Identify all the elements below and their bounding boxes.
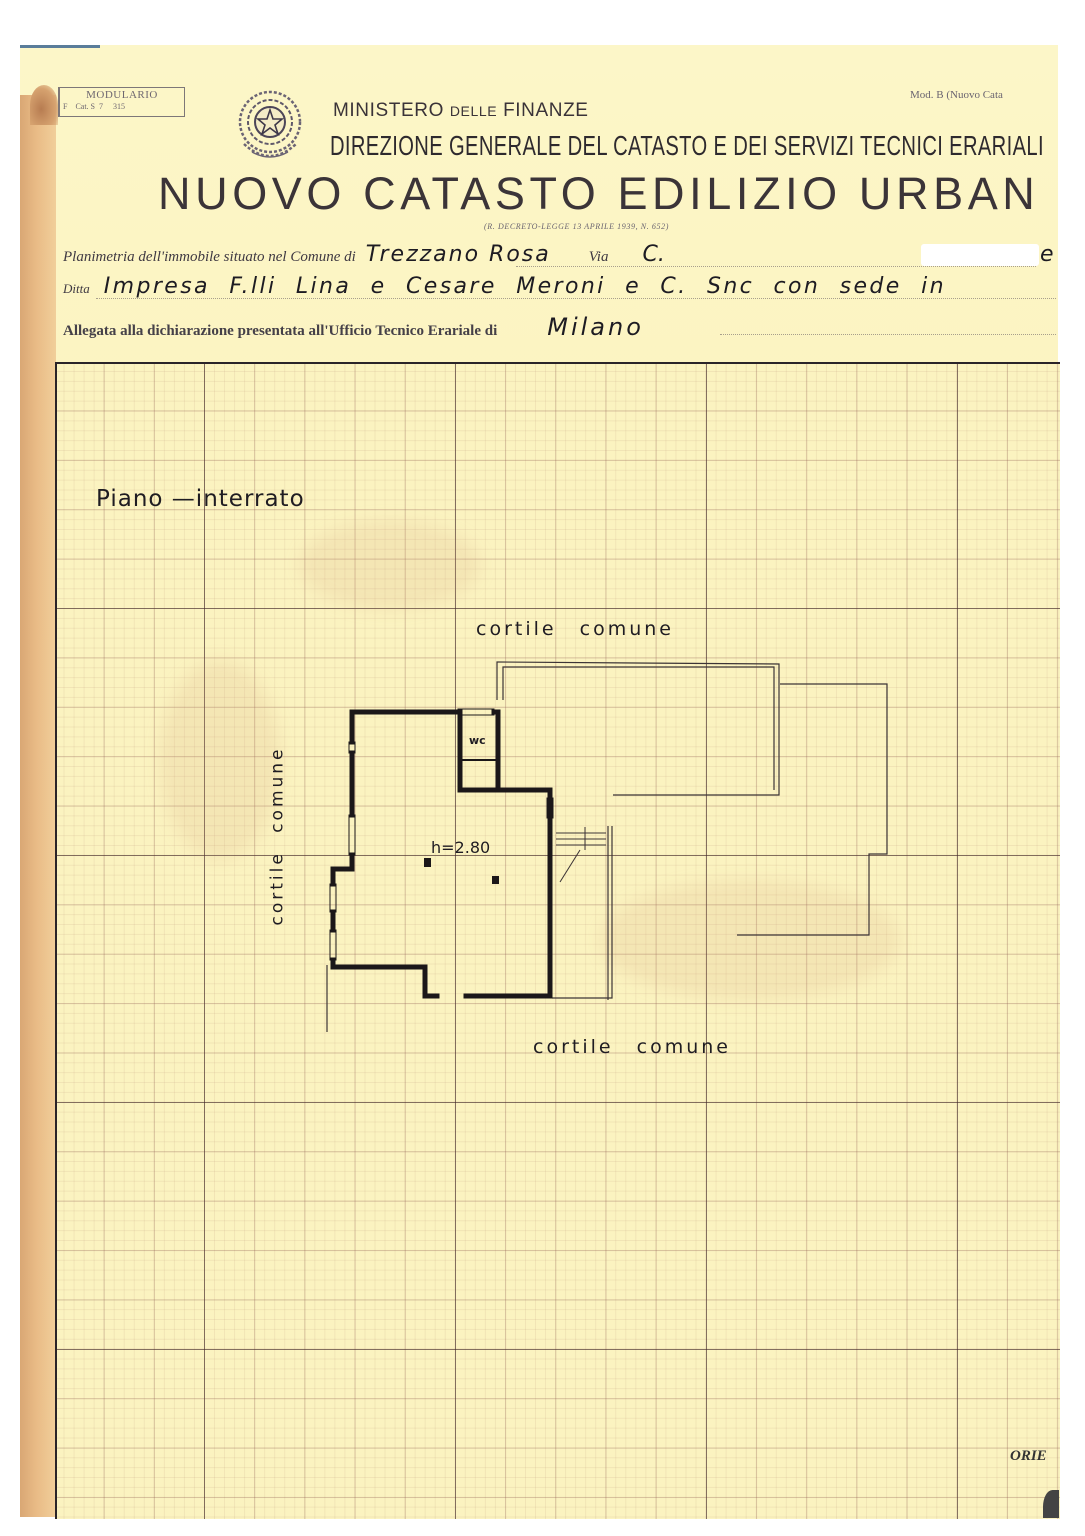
stairs	[556, 827, 606, 882]
orientation-label: ORIE	[1010, 1448, 1047, 1465]
floor-plan	[0, 0, 1085, 1536]
walls	[333, 712, 550, 996]
pillar	[492, 876, 499, 884]
adjacent-outline	[327, 662, 887, 1032]
windows	[330, 709, 553, 960]
pillar	[424, 858, 431, 867]
north-arrow-icon	[1043, 1490, 1059, 1518]
